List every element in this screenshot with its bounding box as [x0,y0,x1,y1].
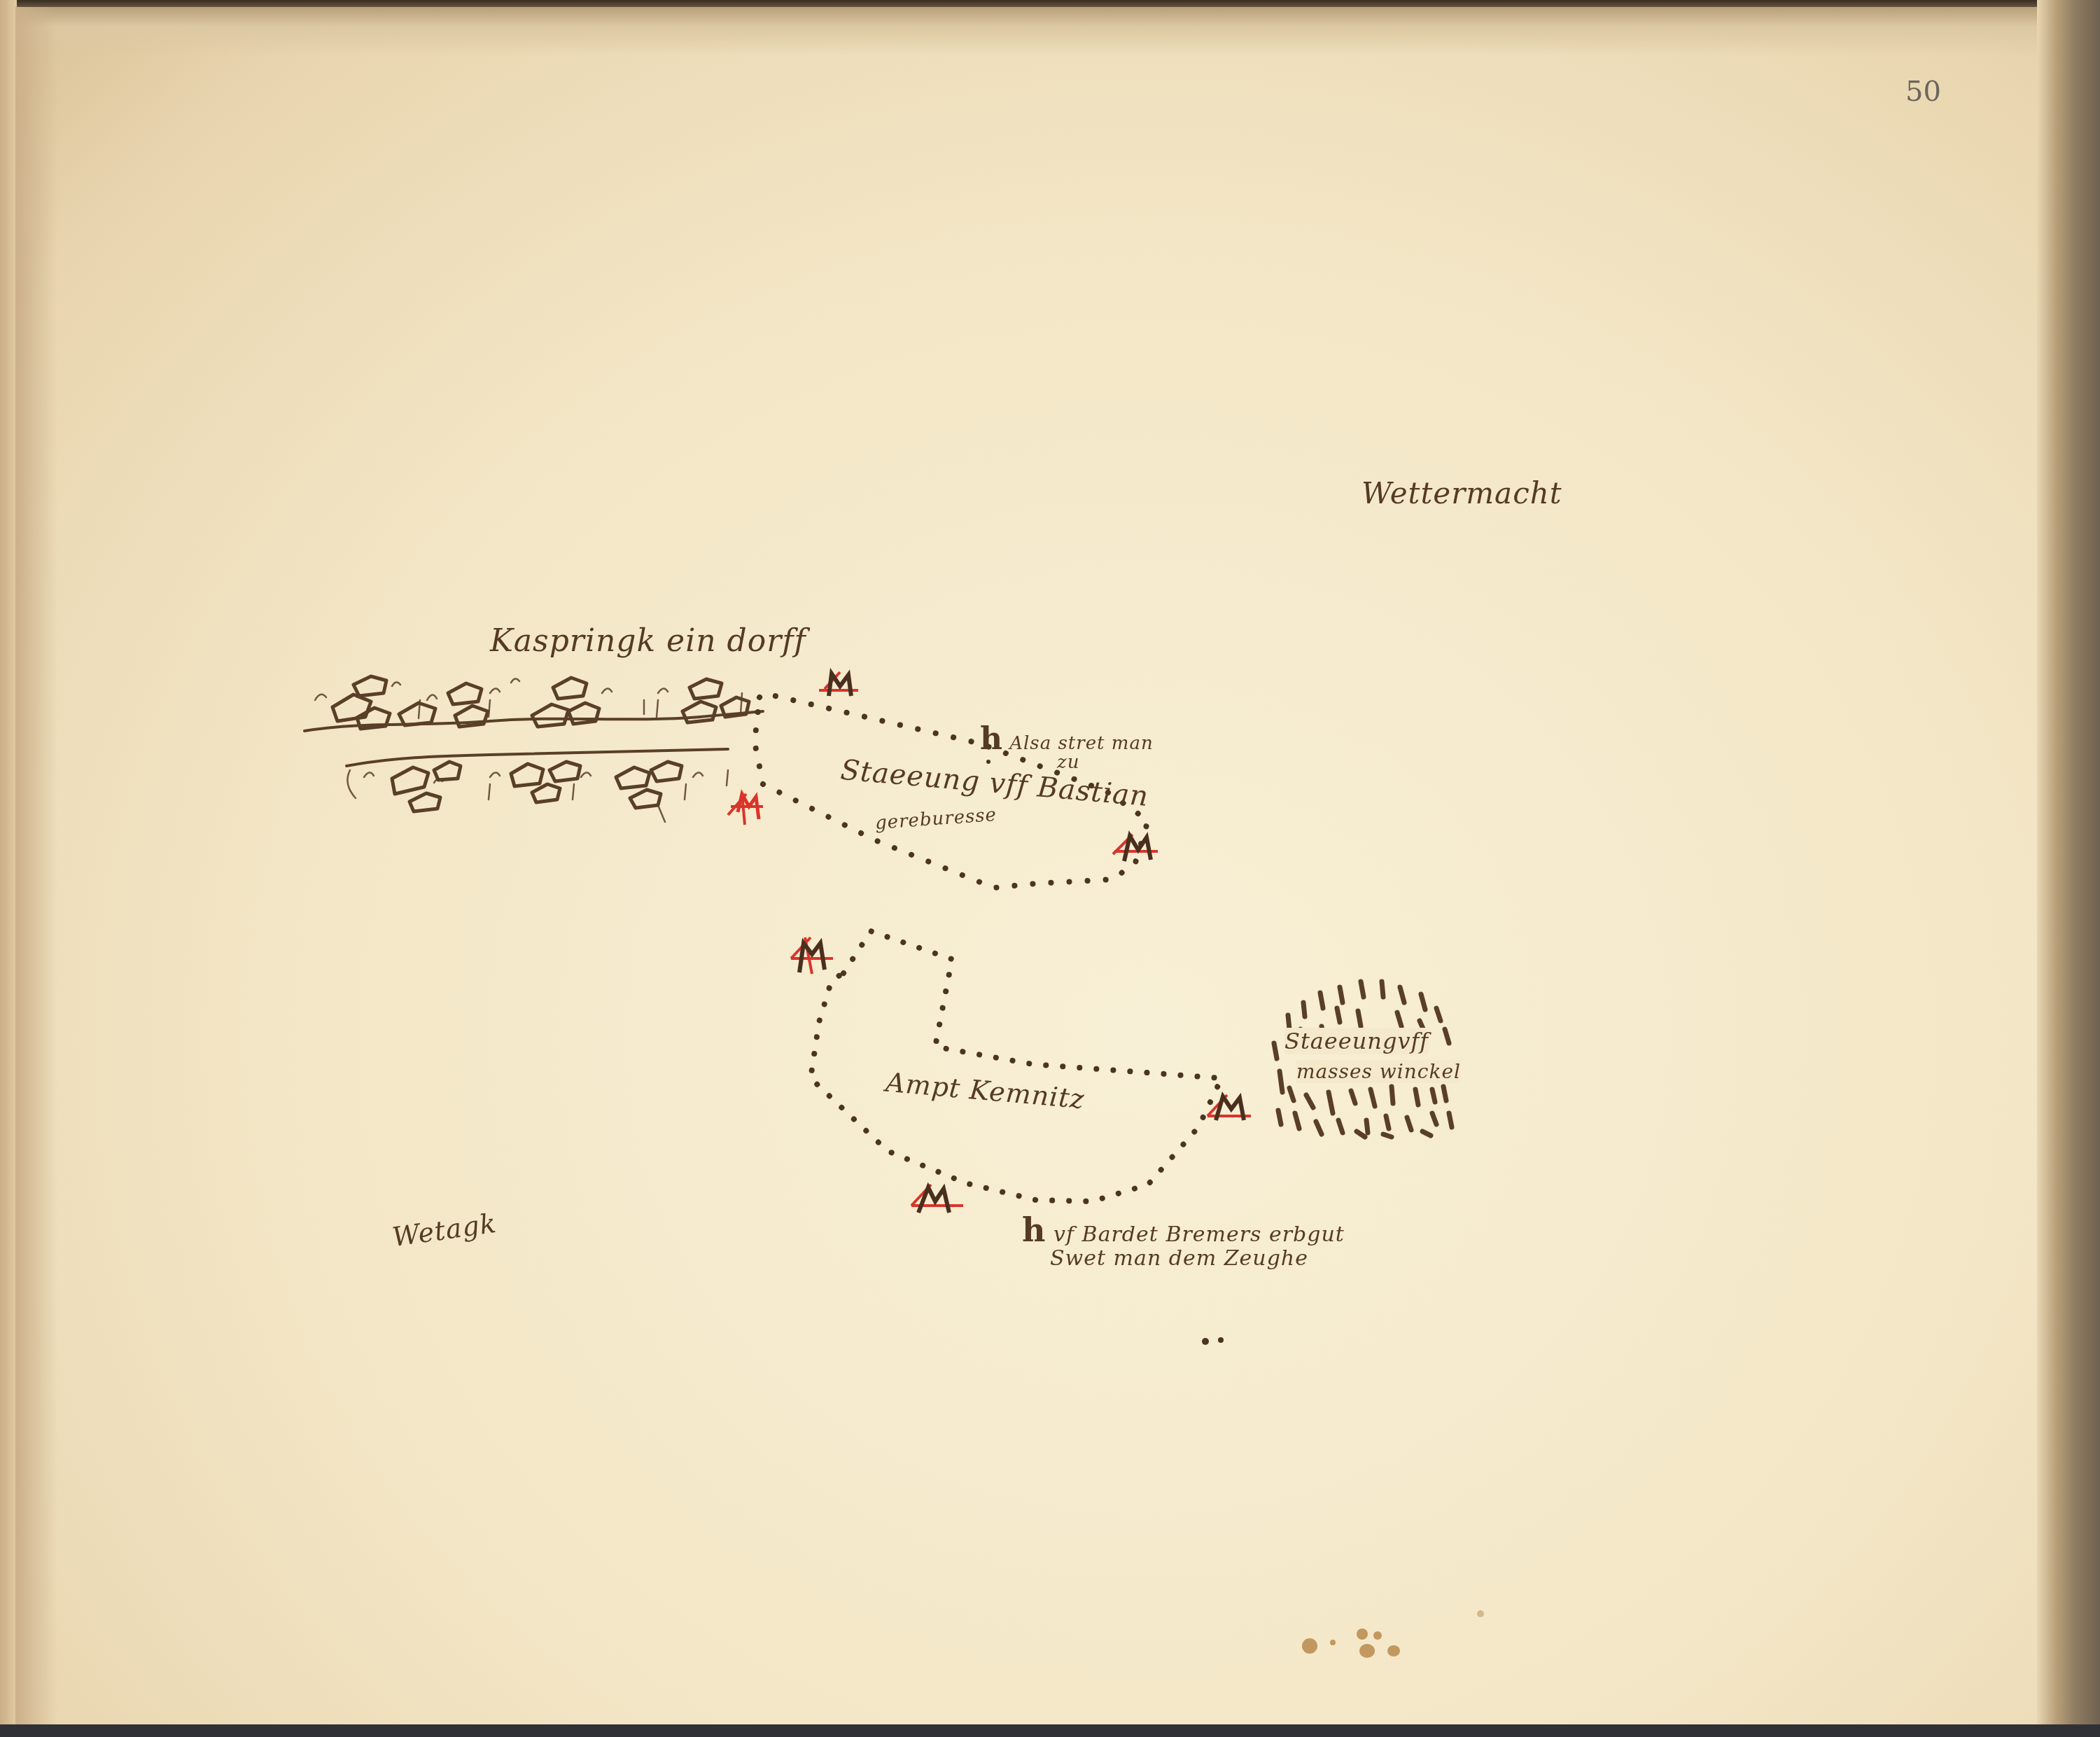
label-forest: Staeeungvff [1284,1028,1429,1054]
label-village: Kaspringk ein dorff [490,623,806,659]
note-bottom-text: vf Bardet Bremers erbgut [1053,1222,1345,1247]
book-bottom-edge [0,1724,2100,1737]
boundary-marker [1113,835,1158,861]
boundary-marker [911,1185,963,1213]
boundary-marker [728,794,763,825]
village-houses [304,676,763,822]
map-drawing [0,0,2100,1737]
note-mark: h [1022,1211,1046,1249]
note-top-line2: zu [1057,752,1079,773]
label-wettermacht: Wettermacht [1361,476,1562,510]
note-mark: h [980,721,1003,757]
boundary-marker [791,937,833,974]
note-top-text: Alsa stret man [1009,733,1153,754]
forest-hatching [1274,982,1452,1137]
boundary-marker [1207,1095,1251,1120]
boundary-kemnitz [811,931,1221,1201]
note-bottom-line2: Swet man dem Zeughe [1050,1246,1308,1271]
boundary-marker [819,672,858,696]
note-bottom-line1: h vf Bardet Bremers erbgut [1022,1211,1345,1249]
label-forest-sub: masses winckel [1296,1060,1461,1083]
